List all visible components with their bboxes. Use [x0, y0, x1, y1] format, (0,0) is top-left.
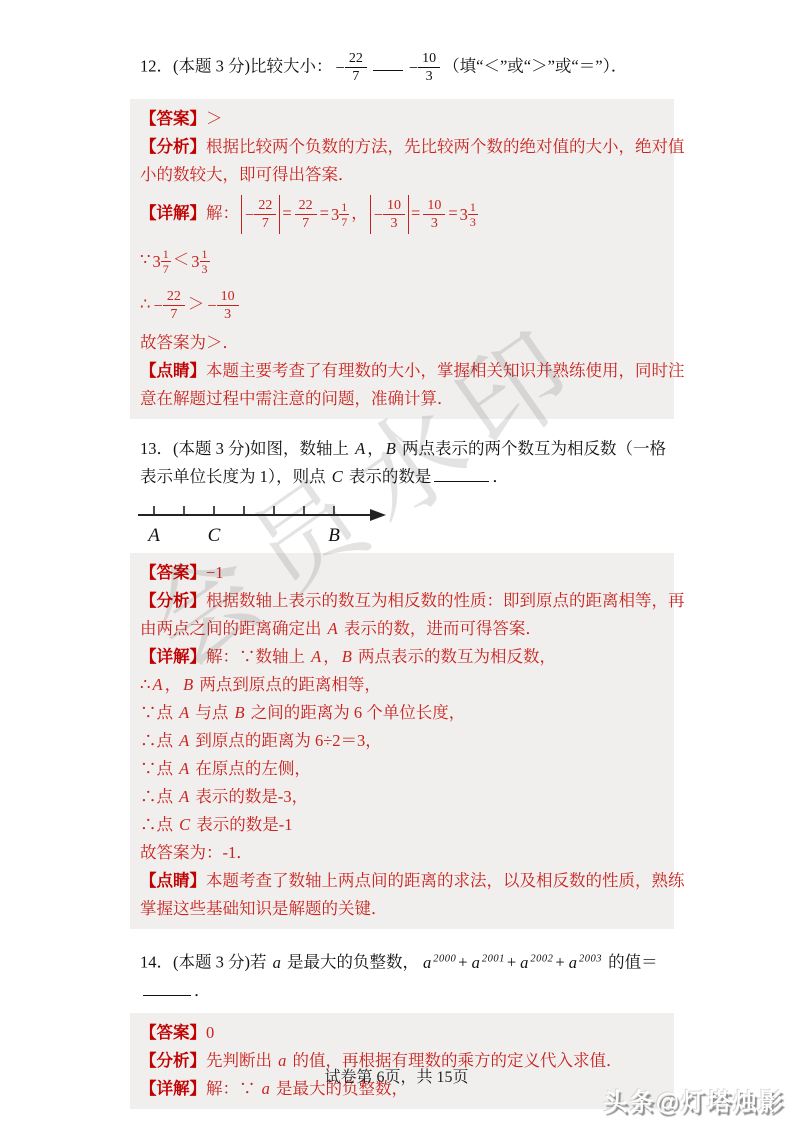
text-run: 14．(本题 3 分)若: [140, 953, 271, 972]
section-label: 【分析】: [140, 591, 206, 610]
mixed-number-whole: 3: [331, 201, 339, 229]
fraction-denominator: 3: [383, 215, 405, 232]
math-variable: A: [179, 787, 189, 806]
section-label: 【点睛】: [140, 361, 206, 380]
fraction-numerator: 10: [423, 197, 445, 215]
text-run: =: [320, 203, 329, 222]
text-run: 在原点的左侧，: [191, 759, 311, 778]
absolute-value-fraction: −227: [241, 195, 280, 234]
text-run: 的值＝: [604, 953, 658, 972]
text-run: 到原点的距离为 6÷2＝3，: [191, 731, 382, 750]
text-run: 故答案为：-1．: [140, 843, 253, 862]
key-remark-line: 【点睛】本题考查了数轴上两点间的距离的求法，以及相反数的性质，熟练掌握这些基础知…: [140, 867, 686, 923]
text-run: ∴点: [140, 787, 177, 806]
fraction-denominator: 3: [217, 306, 239, 323]
question-12-stem: 12．(本题 3 分)比较大小：−227−103（填“＜”或“＞”或“＝”）．: [130, 40, 678, 95]
text-run: −1: [206, 563, 224, 582]
section-label: 【点睛】: [140, 871, 206, 890]
math-variable: A: [179, 703, 189, 722]
question-13-answer-block: 【答案】−1【分析】根据数轴上表示的数互为相反数的性质：即到原点的距离相等，再由…: [130, 553, 674, 929]
text-run: 解：: [206, 203, 239, 222]
exam-document-body: 12．(本题 3 分)比较大小：−227−103（填“＜”或“＞”或“＝”）．【…: [130, 40, 678, 1121]
text-run: +: [507, 953, 516, 972]
fraction-numerator: 1: [161, 247, 171, 262]
text-run: ∵点: [140, 703, 177, 722]
text-run: （填“＜”或“＞”或“＝”）．: [443, 56, 627, 75]
fraction-denominator: 3: [468, 215, 478, 229]
analysis-line: 【分析】根据数轴上表示的数互为相反数的性质：即到原点的距离相等，再由两点之间的距…: [140, 587, 686, 643]
solution-step-line: ∵点 A 与点 B 之间的距离为 6 个单位长度，: [140, 699, 686, 727]
math-exponent: 2002: [530, 953, 553, 964]
fraction-stack: 103: [418, 50, 440, 85]
text-run: ，: [323, 647, 340, 666]
fraction-denominator: 7: [161, 262, 171, 276]
question-14-answer-block: 【答案】0【分析】先判断出 a 的值，再根据有理数的乘方的定义代入求值．【详解】…: [130, 1013, 674, 1109]
answer-line: 【答案】0: [140, 1019, 686, 1047]
math-variable: A: [179, 759, 189, 778]
text-run: +: [555, 953, 564, 972]
fraction-denominator: 7: [295, 215, 317, 232]
math-variable: C: [332, 467, 343, 486]
fraction-stack: 17: [339, 200, 349, 229]
fraction-denominator: 3: [418, 68, 440, 85]
mixed-number-whole: 3: [153, 248, 161, 276]
svg-text:C: C: [208, 525, 221, 546]
text-run: ．: [492, 467, 509, 486]
solution-step-line: 故答案为＞．: [140, 329, 686, 357]
absolute-value-fraction: −103: [370, 195, 409, 234]
fraction-denominator: 7: [254, 215, 276, 232]
question-12-answer-block: 【答案】＞【分析】根据比较两个负数的方法，先比较两个数的绝对值的大小，绝对值小的…: [130, 99, 674, 419]
fill-in-blank: [373, 55, 403, 72]
text-run: 13．(本题 3 分)如图，数轴上: [140, 439, 353, 458]
math-power: a2000: [421, 953, 456, 972]
text-run: 故答案为＞．: [140, 333, 239, 352]
answer-line: 【答案】−1: [140, 559, 686, 587]
text-run: ∴: [140, 294, 151, 313]
toutiao-brand-watermark: 头条@灯塔烛影: [604, 1082, 785, 1117]
fraction: 103: [423, 197, 445, 232]
math-variable: B: [386, 439, 396, 458]
minus-sign: −: [245, 201, 254, 229]
fraction: −227: [154, 288, 185, 323]
minus-sign: −: [409, 54, 418, 82]
fraction: −227: [336, 50, 367, 85]
svg-text:B: B: [328, 525, 340, 546]
section-label: 【答案】: [140, 563, 206, 582]
text-run: 之间的距离为 6 个单位长度，: [247, 703, 466, 722]
section-label: 【详解】: [140, 203, 206, 222]
solution-step-line: 故答案为：-1．: [140, 839, 686, 867]
math-variable: a: [423, 953, 431, 972]
minus-sign: −: [374, 201, 383, 229]
fraction-stack: 227: [295, 197, 317, 232]
fraction-denominator: 3: [423, 215, 445, 232]
math-exponent: 2001: [482, 953, 505, 964]
text-run: ∴点: [140, 731, 177, 750]
analysis-line: 【分析】根据比较两个负数的方法，先比较两个数的绝对值的大小，绝对值小的数较大，即…: [140, 133, 686, 189]
math-variable: B: [234, 703, 244, 722]
svg-text:A: A: [146, 525, 160, 546]
solution-step-line: ∴A，B 两点到原点的距离相等，: [140, 671, 686, 699]
fraction-numerator: 10: [217, 288, 239, 306]
text-run: ∵: [140, 250, 151, 269]
math-variable: A: [328, 619, 338, 638]
fraction-stack: 17: [161, 247, 171, 276]
text-run: ，: [367, 439, 384, 458]
text-run: 表示的数是: [345, 467, 432, 486]
section-label: 【详解】: [140, 647, 206, 666]
text-run: =: [282, 203, 291, 222]
solution-step-line: ∵点 A 在原点的左侧，: [140, 755, 686, 783]
minus-sign: −: [207, 292, 216, 320]
mixed-number: 313: [191, 246, 209, 276]
mixed-number: 317: [331, 200, 349, 230]
solution-step-line: ∴点 C 表示的数是-1: [140, 811, 686, 839]
mixed-number: 317: [153, 246, 171, 276]
mixed-number: 313: [460, 200, 478, 230]
section-label: 【答案】: [140, 1023, 206, 1042]
fraction-numerator: 1: [200, 247, 210, 262]
mixed-number-whole: 3: [191, 248, 199, 276]
math-power: a2001: [470, 953, 505, 972]
section-label: 【答案】: [140, 109, 206, 128]
text-run: 根据比较两个负数的方法，先比较两个数的绝对值的大小，绝对值小的数较大，即可得出答…: [140, 137, 685, 184]
explanation-line: 【详解】解：−227=227=317，−103=103=313: [140, 189, 686, 240]
number-line-axis: ACB: [136, 501, 392, 547]
fraction-stack: 227: [163, 288, 185, 323]
math-exponent: 2003: [579, 953, 602, 964]
text-run: 表示的数，进而可得答案．: [340, 619, 542, 638]
math-variable: C: [179, 815, 190, 834]
mixed-number-whole: 3: [460, 201, 468, 229]
answer-line: 【答案】＞: [140, 105, 686, 133]
text-run: 解：∵数轴上: [206, 647, 309, 666]
fraction-stack: 227: [345, 50, 367, 85]
text-run: ，: [165, 675, 182, 694]
text-run: 两点到原点的距离相等，: [195, 675, 381, 694]
text-run: ＜: [173, 250, 190, 269]
math-variable: a: [569, 953, 577, 972]
text-run: ∵点: [140, 759, 177, 778]
math-variable: a: [273, 953, 281, 972]
solution-step-line: ∴点 A 到原点的距离为 6÷2＝3，: [140, 727, 686, 755]
fraction: −103: [409, 50, 440, 85]
text-run: 与点: [191, 703, 232, 722]
minus-sign: −: [336, 54, 345, 82]
fraction-numerator: 1: [468, 200, 478, 215]
math-variable: A: [153, 675, 163, 694]
text-run: 表示的数是-3，: [191, 787, 308, 806]
math-variable: A: [355, 439, 365, 458]
solution-step-line: ∴−227＞−103: [140, 282, 686, 329]
text-run: ，: [351, 203, 368, 222]
fraction: 227: [295, 197, 317, 232]
math-variable: A: [179, 731, 189, 750]
fraction-denominator: 7: [345, 68, 367, 85]
fraction-stack: 227: [254, 197, 276, 232]
fraction-denominator: 7: [339, 215, 349, 229]
fill-in-blank: [143, 979, 191, 996]
text-run: 12．(本题 3 分)比较大小：: [140, 56, 333, 75]
fraction-numerator: 22: [254, 197, 276, 215]
text-run: =: [448, 203, 457, 222]
solution-step-line: ∵317＜313: [140, 240, 686, 282]
minus-sign: −: [154, 292, 163, 320]
solution-step-line: ∴点 A 表示的数是-3，: [140, 783, 686, 811]
math-power: a2003: [567, 953, 602, 972]
math-power: a2002: [518, 953, 553, 972]
text-run: 两点表示的数互为相反数，: [354, 647, 556, 666]
fraction-numerator: 10: [383, 197, 405, 215]
text-run: ＞: [188, 294, 205, 313]
fraction-stack: 103: [383, 197, 405, 232]
text-run: ∴: [140, 675, 151, 694]
question-14-stem: 14．(本题 3 分)若 a 是最大的负整数，a2000+a2001+a2002…: [130, 941, 678, 1009]
text-run: 0: [206, 1023, 214, 1042]
math-variable: a: [472, 953, 480, 972]
fraction-denominator: 7: [163, 306, 185, 323]
fraction-numerator: 10: [418, 50, 440, 68]
fraction-numerator: 22: [163, 288, 185, 306]
text-run: ∴点: [140, 815, 177, 834]
math-exponent: 2000: [433, 953, 456, 964]
section-label: 【分析】: [140, 137, 206, 156]
text-run: +: [458, 953, 467, 972]
text-run: 表示的数是-1: [192, 815, 292, 834]
text-run: 是最大的负整数，: [283, 953, 419, 972]
fraction-numerator: 22: [345, 50, 367, 68]
number-line-figure: ACB: [136, 501, 678, 549]
key-remark-line: 【点睛】本题主要考查了有理数的大小，掌握相关知识并熟练使用，同时注意在解题过程中…: [140, 357, 686, 413]
math-variable: a: [520, 953, 528, 972]
math-variable: B: [342, 647, 352, 666]
math-variable: B: [183, 675, 193, 694]
text-run: 本题主要考查了有理数的大小，掌握相关知识并熟练使用，同时注意在解题过程中需注意的…: [140, 361, 685, 408]
text-run: =: [411, 203, 420, 222]
fraction-numerator: 22: [295, 197, 317, 215]
fraction-stack: 103: [217, 288, 239, 323]
text-run: ＞: [206, 109, 223, 128]
fill-in-blank: [434, 465, 489, 482]
explanation-line: 【详解】解：∵数轴上 A，B 两点表示的数互为相反数，: [140, 643, 686, 671]
fraction-stack: 103: [423, 197, 445, 232]
text-run: 本题考查了数轴上两点间的距离的求法，以及相反数的性质，熟练掌握这些基础知识是解题…: [140, 871, 685, 918]
fraction-stack: 13: [200, 247, 210, 276]
fraction-stack: 13: [468, 200, 478, 229]
question-13-stem: 13．(本题 3 分)如图，数轴上 A，B 两点表示的两个数互为相反数（一格表示…: [130, 431, 678, 495]
text-run: ．: [194, 981, 211, 1000]
fraction-denominator: 3: [200, 262, 210, 276]
fraction-numerator: 1: [339, 200, 349, 215]
math-variable: A: [311, 647, 321, 666]
fraction: −103: [207, 288, 238, 323]
